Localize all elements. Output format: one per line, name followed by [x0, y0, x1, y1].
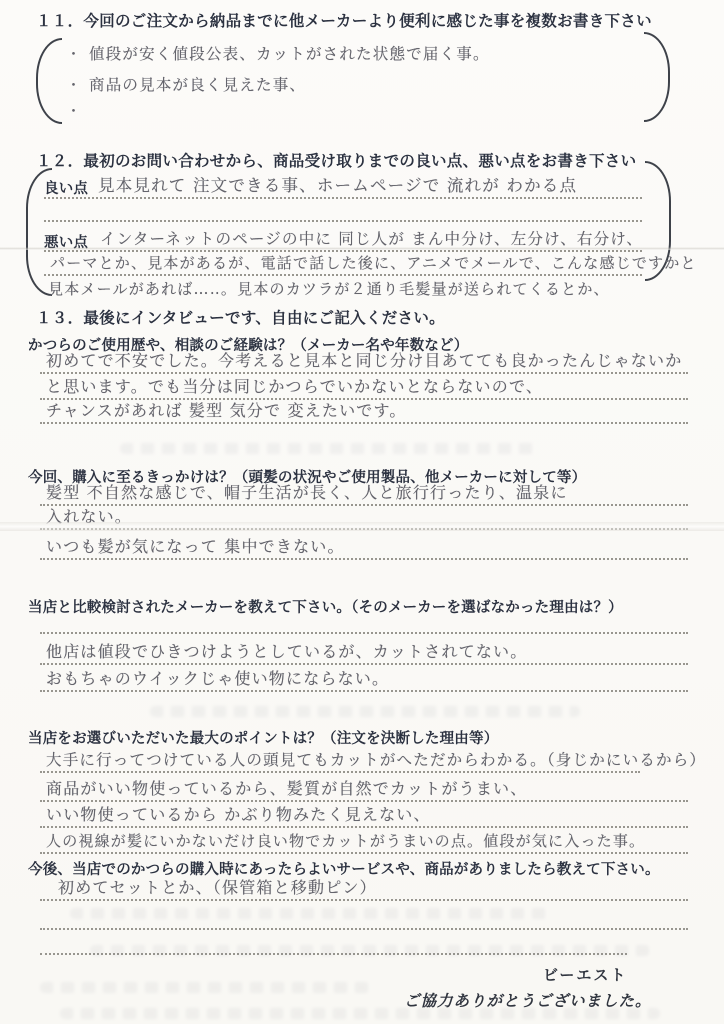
q13-sub2-answer-3: いつも髪が気になって 集中できない。	[46, 534, 345, 557]
bullet-icon: ・	[66, 77, 81, 94]
bleedthrough-ghost	[150, 706, 580, 717]
q13-sub4-row-3: いい物使っているから かぶり物みたく見えない、	[40, 801, 688, 828]
q13-sub4-answer-4: 人の視線が髪にいかないだけ良い物でカットがうまいの点。値段が気に入った事。	[46, 830, 645, 851]
q11-answer-2-text: 商品の見本が良く見えた事、	[89, 76, 306, 94]
q13-sub2-answer-1: 髪型 不自然な感じで、帽子生活が長く、人と旅行行ったり、温泉に	[46, 480, 568, 503]
q13-sub5-row-2	[40, 904, 688, 930]
q13-sub2-row-1: 髪型 不自然な感じで、帽子生活が長く、人と旅行行ったり、温泉に	[40, 480, 688, 506]
q13-sub4-row-4: 人の視線が髪にいかないだけ良い物でカットがうまいの点。値段が気に入った事。	[40, 826, 688, 854]
q13-sub3-row-3: おもちゃのウイックじゃ使い物にならない。	[40, 665, 688, 692]
q11-answer-1: ・値段が安く値段公表、カットがされた状態で届く事。	[66, 42, 490, 64]
q12-good-answer-text: 見本見れて 注文できる事、ホームページで 流れが わかる点	[98, 172, 577, 196]
footer-thanks-message: ご協力ありがとうございました。	[404, 989, 652, 1011]
q12-bad-answer-3: 見本メールがあれば…‥。見本のカツラが２通り毛髪量が送られてくるとか、	[48, 278, 610, 299]
q12-bad-answer-2-text: パーマとか、見本があるが、電話で話した後に、アニメでメールで、こんな感じですかと	[50, 252, 697, 273]
q12-bad-answer-row-1: インターネットのページの中に 同じ人が まん中分け、左分け、右分け、	[44, 226, 642, 252]
q13-sub1-row-2: と思います。でも当分は同じかつらでいかないとならないので、	[40, 374, 688, 400]
bleedthrough-ghost	[40, 982, 370, 993]
bullet-icon: ・	[66, 103, 81, 120]
q13-sub3-row-1	[40, 610, 688, 634]
q13-sub4-question: 当店をお選びいただいた最大のポイントは？（注文を決断した理由等）	[28, 727, 498, 748]
q11-answer-1-text: 値段が安く値段公表、カットがされた状態で届く事。	[89, 45, 490, 63]
q11-answer-3: ・	[66, 100, 89, 121]
q13-sub5-answer-1: 初めてセットとか、（保管箱と移動ピン）	[58, 875, 377, 898]
q13-sub3-row-2: 他店は値段でひきつけようとしているが、カットされてない。	[40, 638, 688, 665]
q12-good-answer-row: 見本見れて 注文できる事、ホームページで 流れが わかる点	[44, 171, 642, 199]
q13-sub3-answer-2: 他店は値段でひきつけようとしているが、カットされてない。	[46, 639, 527, 662]
q13-sub4-answer-3: いい物使っているから かぶり物みたく見えない、	[46, 802, 431, 825]
bleedthrough-ghost	[120, 443, 540, 454]
q11-answer-2: ・商品の見本が良く見えた事、	[66, 73, 306, 95]
q12-bad-answer-3-text: 見本メールがあれば…‥。見本のカツラが２通り毛髪量が送られてくるとか、	[48, 280, 610, 298]
q13-sub5-row-3	[40, 929, 627, 955]
q13-sub4-answer-1: 大手に行ってつけている人の頭見てもカットがへただからわかる。（身じかにいるから）	[46, 748, 706, 770]
q13-sub1-answer-3: チャンスがあれば 髪型 気分で 変えたいです。	[46, 398, 407, 421]
q11-close-paren	[644, 32, 670, 122]
q11-heading: １１．今回のご注文から納品までに他メーカーより便利に感じた事を複数お書き下さい	[36, 9, 652, 31]
q13-sub2-answer-2: 入れない。	[46, 504, 132, 527]
q12-good-empty-row	[44, 196, 642, 222]
q12-bad-answer-row-2: パーマとか、見本があるが、電話で話した後に、アニメでメールで、こんな感じですかと	[44, 251, 642, 276]
q13-sub4-row-1: 大手に行ってつけている人の頭見てもカットがへただからわかる。（身じかにいるから）	[40, 746, 640, 773]
scanned-questionnaire-page: １１．今回のご注文から納品までに他メーカーより便利に感じた事を複数お書き下さい …	[0, 0, 724, 1024]
q13-sub2-row-3: いつも髪が気になって 集中できない。	[40, 534, 688, 560]
q13-sub4-row-2: 商品がいい物使っているから、髪質が自然でカットがうまい、	[40, 774, 688, 802]
bullet-icon: ・	[66, 46, 81, 63]
q13-sub2-row-2: 入れない。	[40, 506, 688, 530]
q13-sub5-row-1: 初めてセットとか、（保管箱と移動ピン）	[40, 874, 688, 901]
q11-open-paren	[36, 38, 62, 124]
q13-heading: １３．最後にインタビューです、自由にご記入ください。	[36, 306, 445, 328]
q13-sub1-row-1: 初めてで不安でした。今考えると見本と同じ分け目あてても良かったんじゃないか	[40, 348, 688, 374]
q13-sub4-answer-2: 商品がいい物使っているから、髪質が自然でカットがうまい、	[46, 776, 527, 799]
q13-sub1-answer-2: と思います。でも当分は同じかつらでいかないとならないので、	[46, 374, 543, 397]
q13-sub1-answer-1: 初めてで不安でした。今考えると見本と同じ分け目あてても良かったんじゃないか	[46, 348, 682, 371]
q13-sub3-answer-3: おもちゃのウイックじゃ使い物にならない。	[46, 666, 389, 689]
q12-bad-answer-1-text: インターネットのページの中に 同じ人が まん中分け、左分け、右分け、	[100, 227, 643, 249]
q13-sub1-row-3: チャンスがあれば 髪型 気分で 変えたいです。	[40, 398, 688, 424]
footer-company-name: ビーエスト	[543, 964, 627, 985]
q12-heading: １２．最初のお問い合わせから、商品受け取りまでの良い点、悪い点をお書き下さい	[36, 149, 636, 171]
